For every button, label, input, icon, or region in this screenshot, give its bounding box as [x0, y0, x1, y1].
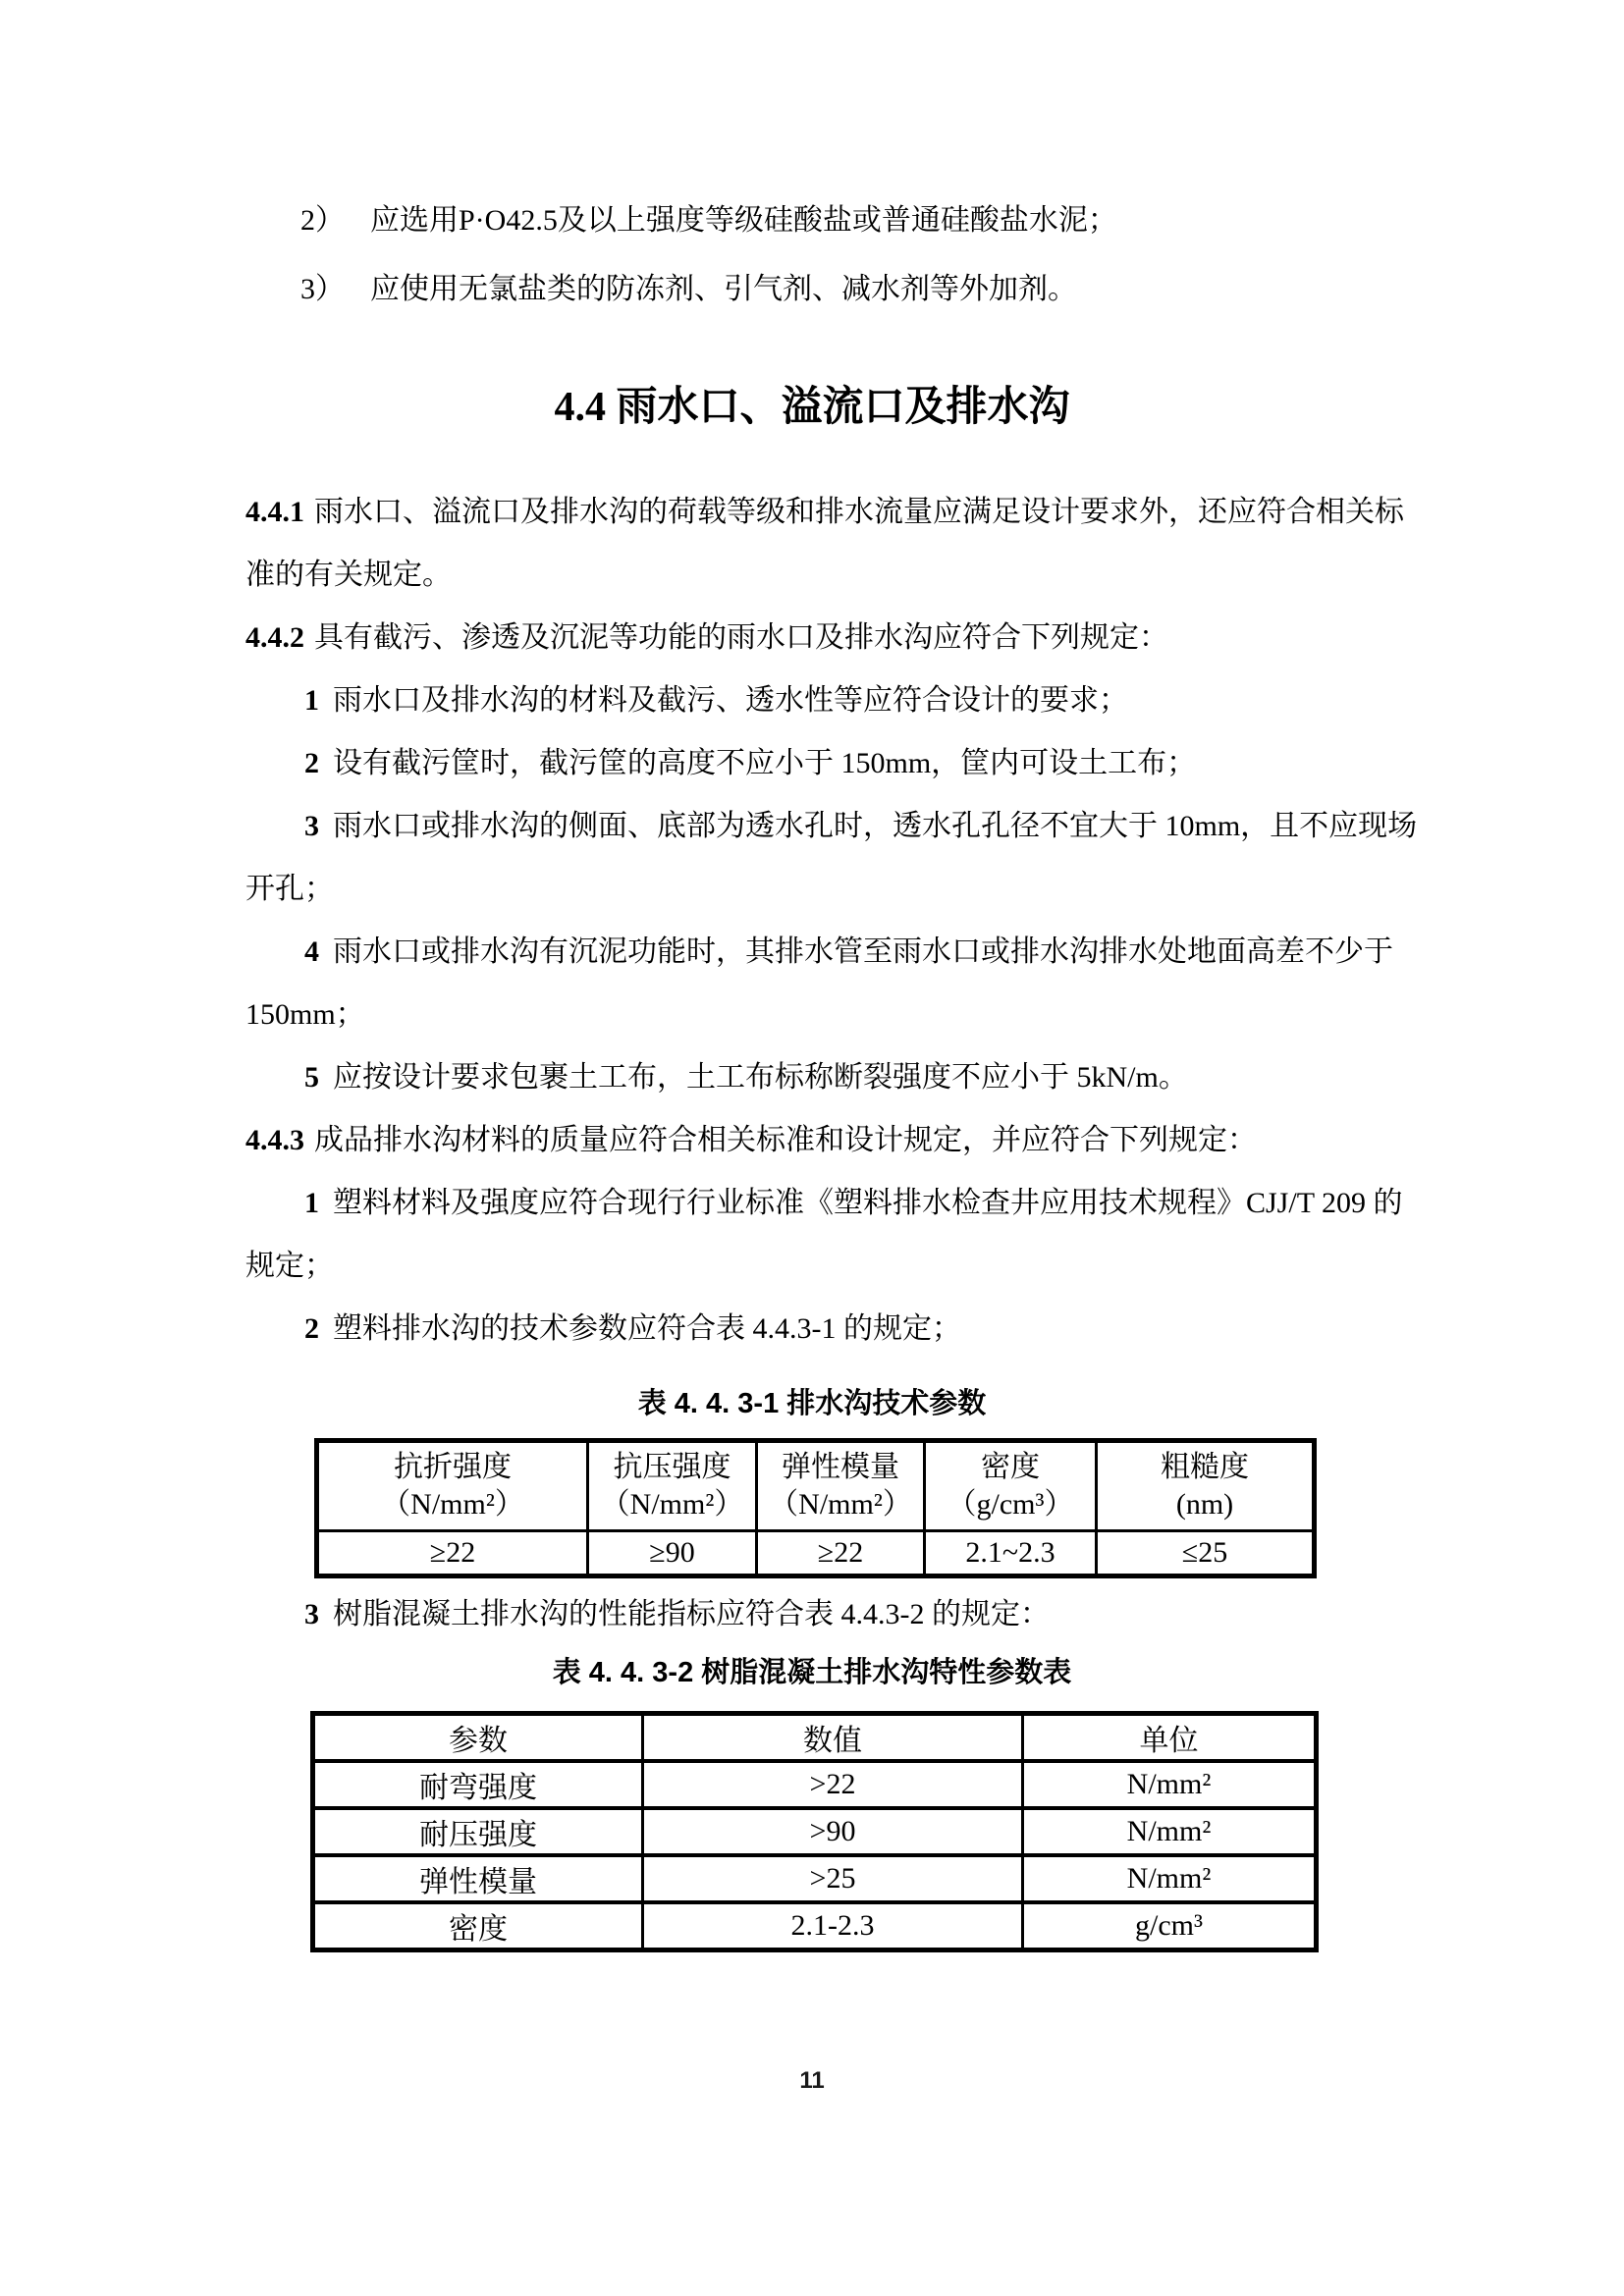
- text-line: 4.4.1雨水口、溢流口及排水沟的荷载等级和排水流量应满足设计要求外，还应符合相…: [245, 481, 1379, 544]
- table2-header-cell: 单位: [1023, 1714, 1317, 1762]
- line-text: 雨水口或排水沟有沉泥功能时，其排水管至雨水口或排水沟排水处地面高差不少于: [333, 935, 1393, 968]
- table1-header-cell: 抗压强度（N/mm²）: [588, 1441, 757, 1531]
- line-text: 雨水口或排水沟的侧面、底部为透水孔时，透水孔孔径不宜大于 10mm，且不应现场: [333, 810, 1417, 842]
- table2-cell: >25: [643, 1855, 1023, 1902]
- line-number: 4: [304, 935, 319, 968]
- header-line: （g/cm³）: [926, 1486, 1095, 1523]
- line-number: 4.4.3: [245, 1124, 304, 1156]
- table1-header-cell: 密度（g/cm³）: [925, 1441, 1097, 1531]
- text-line: 1塑料材料及强度应符合现行行业标准《塑料排水检查井应用技术规程》CJJ/T 20…: [245, 1172, 1379, 1235]
- table2-resin-concrete-parameters: 参数数值单位 耐弯强度>22N/mm²耐压强度>90N/mm²弹性模量>25N/…: [310, 1711, 1319, 1952]
- table1-value-cell: ≥90: [588, 1531, 757, 1576]
- table2-cell: 耐弯强度: [313, 1761, 643, 1808]
- table1-value-cell: 2.1~2.3: [925, 1531, 1097, 1576]
- text-line: 150mm；: [245, 984, 1379, 1046]
- page-number: 11: [0, 2067, 1624, 2095]
- line-number: 2）: [300, 204, 345, 237]
- line-number: 2: [304, 747, 319, 779]
- table2-header-row: 参数数值单位: [313, 1714, 1317, 1762]
- line-text: 成品排水沟材料的质量应符合相关标准和设计规定，并应符合下列规定：: [314, 1124, 1257, 1156]
- table2-cell: >22: [643, 1761, 1023, 1808]
- table2-cell: N/mm²: [1023, 1761, 1317, 1808]
- table2-row: 密度2.1-2.3g/cm³: [313, 1902, 1317, 1950]
- text-line: 3雨水口或排水沟的侧面、底部为透水孔时，透水孔孔径不宜大于 10mm，且不应现场: [245, 795, 1379, 858]
- table2-cell: 密度: [313, 1902, 643, 1950]
- header-line: （N/mm²）: [319, 1486, 586, 1523]
- body-text: 4.4.1雨水口、溢流口及排水沟的荷载等级和排水流量应满足设计要求外，还应符合相…: [245, 481, 1379, 1361]
- table1-value-cell: ≥22: [757, 1531, 925, 1576]
- table2-header-cell: 参数: [313, 1714, 643, 1762]
- header-line: 弹性模量: [758, 1449, 923, 1486]
- table1-drainage-parameters: 抗折强度（N/mm²）抗压强度（N/mm²）弹性模量（N/mm²）密度（g/cm…: [314, 1438, 1317, 1578]
- table2-cell: 弹性模量: [313, 1855, 643, 1902]
- line-text: 开孔；: [245, 873, 334, 905]
- text-line: 2塑料排水沟的技术参数应符合表 4.4.3-1 的规定；: [245, 1298, 1379, 1361]
- text-line: 3）应使用无氯盐类的防冻剂、引气剂、减水剂等外加剂。: [245, 255, 1379, 324]
- table1-title: 表 4. 4. 3-1 排水沟技术参数: [0, 1384, 1624, 1423]
- line-text: 150mm；: [245, 998, 365, 1031]
- text-line: 4.4.2具有截污、渗透及沉泥等功能的雨水口及排水沟应符合下列规定：: [245, 607, 1379, 669]
- table1-header-cell: 抗折强度（N/mm²）: [317, 1441, 588, 1531]
- table2-cell: 2.1-2.3: [643, 1902, 1023, 1950]
- header-line: 抗折强度: [319, 1449, 586, 1486]
- table2-title: 表 4. 4. 3-2 树脂混凝土排水沟特性参数表: [0, 1653, 1624, 1692]
- line-text: 应按设计要求包裹土工布，土工布标称断裂强度不应小于 5kN/m。: [333, 1061, 1188, 1094]
- line-text: 树脂混凝土排水沟的性能指标应符合表 4.4.3-2 的规定：: [333, 1598, 1050, 1630]
- line-text: 塑料材料及强度应符合现行行业标准《塑料排水检查井应用技术规程》CJJ/T 209…: [333, 1187, 1402, 1219]
- line-text: 规定；: [245, 1250, 334, 1282]
- table2-row: 弹性模量>25N/mm²: [313, 1855, 1317, 1902]
- intro-list: 2）应选用P·O42.5及以上强度等级硅酸盐或普通硅酸盐水泥；3）应使用无氯盐类…: [245, 187, 1379, 324]
- line-number: 5: [304, 1061, 319, 1094]
- header-line: (nm): [1098, 1486, 1312, 1523]
- line-text: 应选用P·O42.5及以上强度等级硅酸盐或普通硅酸盐水泥；: [370, 204, 1117, 237]
- line-text: 具有截污、渗透及沉泥等功能的雨水口及排水沟应符合下列规定：: [314, 621, 1168, 654]
- line-number: 1: [304, 1187, 319, 1219]
- header-line: （N/mm²）: [589, 1486, 755, 1523]
- table2-row: 耐弯强度>22N/mm²: [313, 1761, 1317, 1808]
- text-line: 5应按设计要求包裹土工布，土工布标称断裂强度不应小于 5kN/m。: [245, 1046, 1379, 1109]
- table2-cell: >90: [643, 1808, 1023, 1855]
- line-number: 3: [304, 810, 319, 842]
- table1-header-row: 抗折强度（N/mm²）抗压强度（N/mm²）弹性模量（N/mm²）密度（g/cm…: [317, 1441, 1315, 1531]
- line-number: 1: [304, 684, 319, 717]
- line-text: 应使用无氯盐类的防冻剂、引气剂、减水剂等外加剂。: [370, 273, 1077, 305]
- line-number: 4.4.2: [245, 621, 304, 654]
- line-text: 设有截污筐时，截污筐的高度不应小于 150mm，筐内可设土工布；: [333, 747, 1196, 779]
- body-text-2: 3树脂混凝土排水沟的性能指标应符合表 4.4.3-2 的规定：: [245, 1583, 1379, 1646]
- line-text: 雨水口及排水沟的材料及截污、透水性等应符合设计的要求；: [333, 684, 1128, 717]
- text-line: 4雨水口或排水沟有沉泥功能时，其排水管至雨水口或排水沟排水处地面高差不少于: [245, 921, 1379, 984]
- text-line: 规定；: [245, 1235, 1379, 1298]
- text-line: 开孔；: [245, 858, 1379, 921]
- header-line: 粗糙度: [1098, 1449, 1312, 1486]
- line-text: 塑料排水沟的技术参数应符合表 4.4.3-1 的规定；: [333, 1312, 961, 1345]
- line-number: 3）: [300, 273, 345, 305]
- table1-header-cell: 粗糙度(nm): [1097, 1441, 1315, 1531]
- header-line: 抗压强度: [589, 1449, 755, 1486]
- table1-value-cell: ≥22: [317, 1531, 588, 1576]
- text-line: 2设有截污筐时，截污筐的高度不应小于 150mm，筐内可设土工布；: [245, 732, 1379, 795]
- document-page: 2）应选用P·O42.5及以上强度等级硅酸盐或普通硅酸盐水泥；3）应使用无氯盐类…: [0, 0, 1624, 2296]
- table2-cell: N/mm²: [1023, 1855, 1317, 1902]
- line-number: 4.4.1: [245, 496, 304, 528]
- header-line: 密度: [926, 1449, 1095, 1486]
- line-text: 准的有关规定。: [245, 559, 452, 591]
- table2-cell: g/cm³: [1023, 1902, 1317, 1950]
- text-line: 4.4.3成品排水沟材料的质量应符合相关标准和设计规定，并应符合下列规定：: [245, 1109, 1379, 1172]
- table2-cell: N/mm²: [1023, 1808, 1317, 1855]
- text-line: 3树脂混凝土排水沟的性能指标应符合表 4.4.3-2 的规定：: [245, 1583, 1379, 1646]
- text-line: 2）应选用P·O42.5及以上强度等级硅酸盐或普通硅酸盐水泥；: [245, 187, 1379, 255]
- table2-cell: 耐压强度: [313, 1808, 643, 1855]
- table2-header-cell: 数值: [643, 1714, 1023, 1762]
- table1-value-cell: ≤25: [1097, 1531, 1315, 1576]
- text-line: 1雨水口及排水沟的材料及截污、透水性等应符合设计的要求；: [245, 669, 1379, 732]
- line-number: 2: [304, 1312, 319, 1345]
- header-line: （N/mm²）: [758, 1486, 923, 1523]
- table2-row: 耐压强度>90N/mm²: [313, 1808, 1317, 1855]
- line-text: 雨水口、溢流口及排水沟的荷载等级和排水流量应满足设计要求外，还应符合相关标: [314, 496, 1404, 528]
- text-line: 准的有关规定。: [245, 544, 1379, 607]
- table1-header-cell: 弹性模量（N/mm²）: [757, 1441, 925, 1531]
- section-heading: 4.4 雨水口、溢流口及排水沟: [0, 374, 1624, 433]
- table1-value-row: ≥22≥90≥222.1~2.3≤25: [317, 1531, 1315, 1576]
- line-number: 3: [304, 1598, 319, 1630]
